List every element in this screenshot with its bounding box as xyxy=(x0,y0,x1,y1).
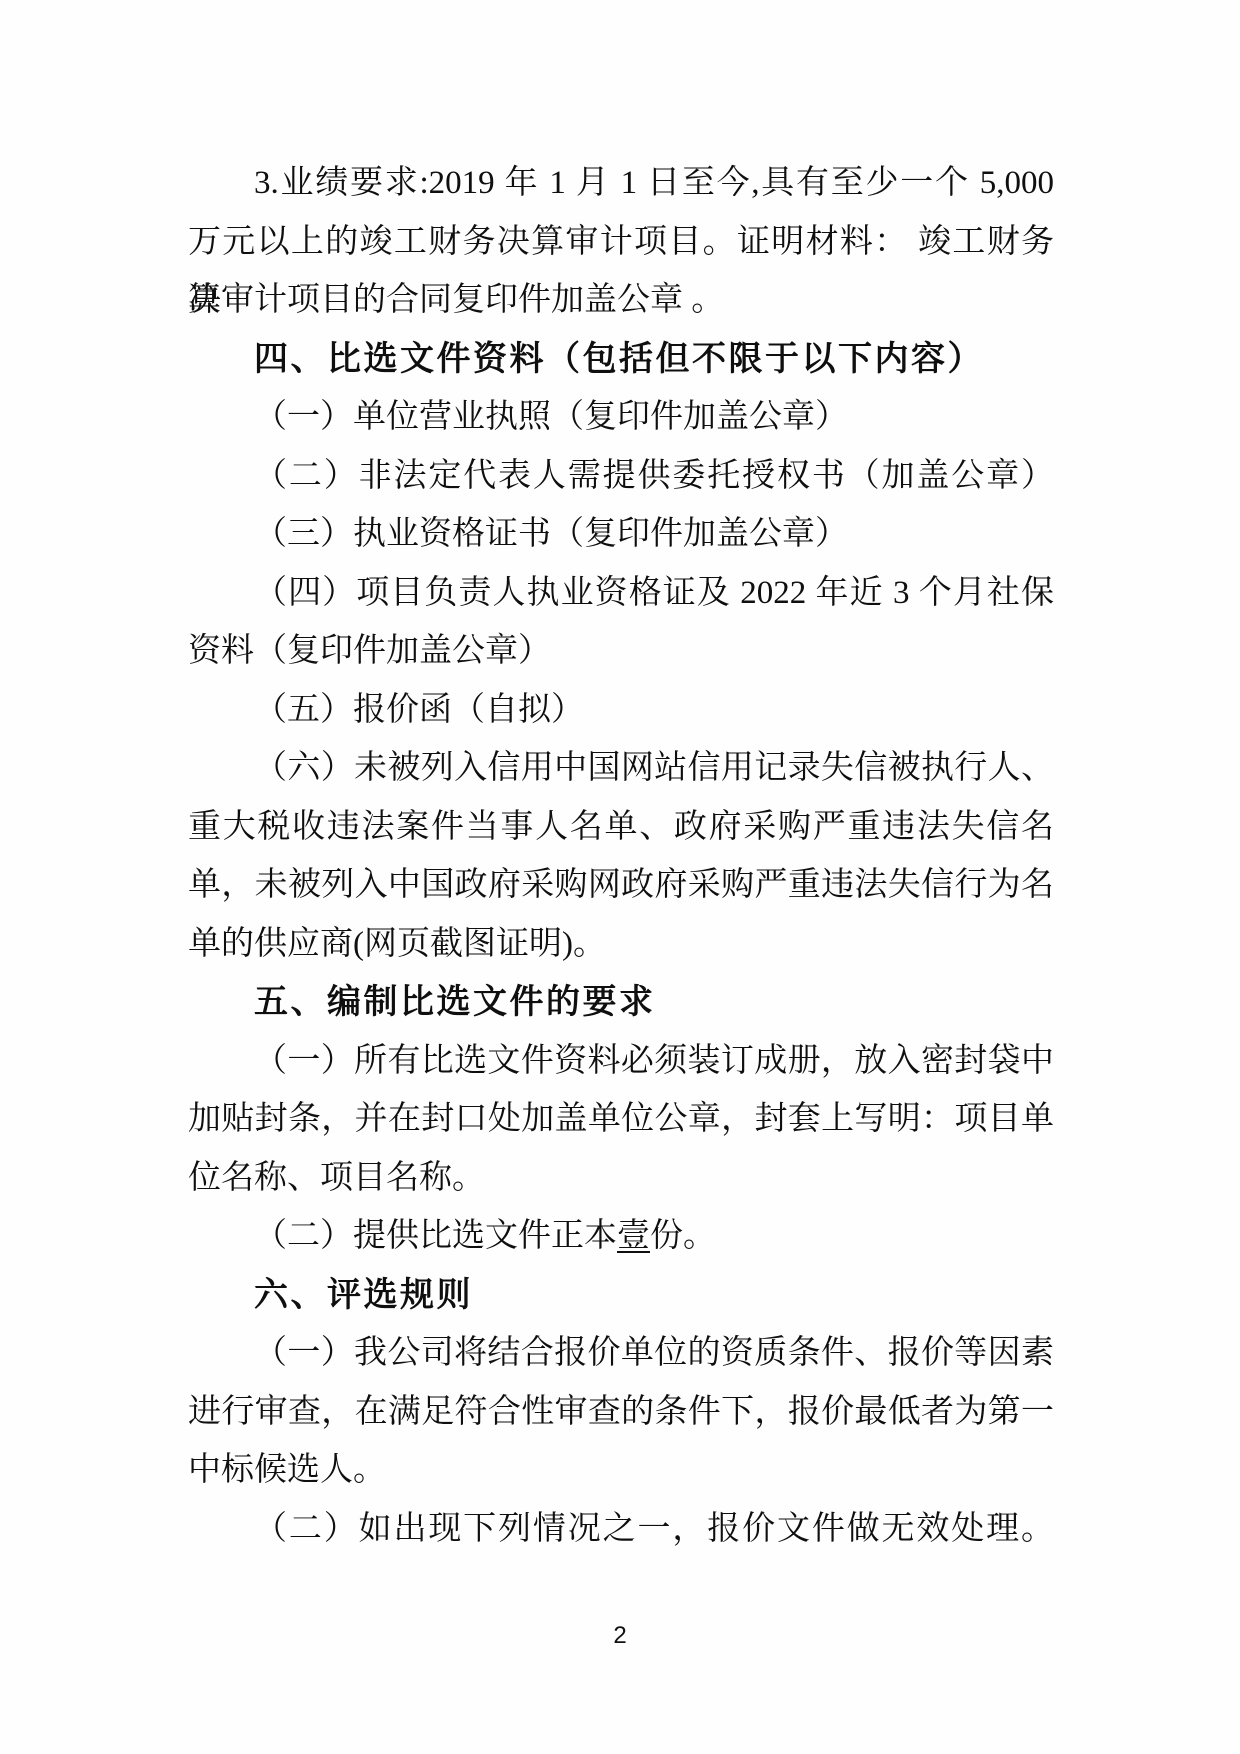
item-4-6-credit-record-line-1: （六）未被列入信用中国网站信用记录失信被执行人、 xyxy=(188,739,1054,798)
item-5-2-original-copy: （二）提供比选文件正本壹份。 xyxy=(188,1207,1054,1266)
item-6-2-invalid-conditions: （二）如出现下列情况之一，报价文件做无效处理。 xyxy=(188,1500,1054,1559)
item-5-2-text-pre: （二）提供比选文件正本 xyxy=(254,1218,617,1254)
document-text-block: 3.业绩要求:2019 年 1 月 1 日至今,具有至少一个 5,000 万元以… xyxy=(188,154,1054,1558)
item-4-4-project-leader-line-2: 资料（复印件加盖公章） xyxy=(188,622,1054,681)
item-4-3-qualification-certificate: （三）执业资格证书（复印件加盖公章） xyxy=(188,505,1054,564)
item-4-6-credit-record-line-3: 单，未被列入中国政府采购网政府采购严重违法失信行为名 xyxy=(188,856,1054,915)
item-6-1-review-line-3: 中标候选人。 xyxy=(188,1441,1054,1500)
item-5-2-text-post: 份。 xyxy=(650,1218,716,1254)
para-performance-requirement-line-1: 3.业绩要求:2019 年 1 月 1 日至今,具有至少一个 5,000 xyxy=(188,154,1054,213)
section-heading-4-bid-documents: 四、比选文件资料（包括但不限于以下内容） xyxy=(188,330,1054,389)
item-5-1-binding-line-1: （一）所有比选文件资料必须装订成册，放入密封袋中 xyxy=(188,1032,1054,1091)
item-4-2-authorization-letter: （二）非法定代表人需提供委托授权书（加盖公章） xyxy=(188,447,1054,506)
item-4-4-project-leader-line-1: （四）项目负责人执业资格证及 2022 年近 3 个月社保 xyxy=(188,564,1054,623)
item-4-1-business-license: （一）单位营业执照（复印件加盖公章） xyxy=(188,388,1054,447)
section-heading-5-preparation-requirements: 五、编制比选文件的要求 xyxy=(188,973,1054,1032)
item-5-1-binding-line-2: 加贴封条，并在封口处加盖单位公章，封套上写明：项目单 xyxy=(188,1090,1054,1149)
page-number: 2 xyxy=(0,1616,1240,1656)
section-heading-6-selection-rules: 六、评选规则 xyxy=(188,1266,1054,1325)
para-performance-requirement-line-2: 万元以上的竣工财务决算审计项目。证明材料： 竣工财务决 xyxy=(188,213,1054,272)
item-5-2-underlined-char: 壹 xyxy=(617,1218,650,1254)
item-5-1-binding-line-3: 位名称、项目名称。 xyxy=(188,1149,1054,1208)
item-4-6-credit-record-line-4: 单的供应商(网页截图证明)。 xyxy=(188,915,1054,974)
para-performance-requirement-line-3: 算审计项目的合同复印件加盖公章 。 xyxy=(188,271,1054,330)
item-4-5-quotation-letter: （五）报价函（自拟） xyxy=(188,681,1054,740)
item-4-6-credit-record-line-2: 重大税收违法案件当事人名单、政府采购严重违法失信名 xyxy=(188,798,1054,857)
item-6-1-review-line-1: （一）我公司将结合报价单位的资质条件、报价等因素 xyxy=(188,1324,1054,1383)
document-page: 3.业绩要求:2019 年 1 月 1 日至今,具有至少一个 5,000 万元以… xyxy=(0,0,1240,1754)
item-6-1-review-line-2: 进行审查，在满足符合性审查的条件下，报价最低者为第一 xyxy=(188,1383,1054,1442)
